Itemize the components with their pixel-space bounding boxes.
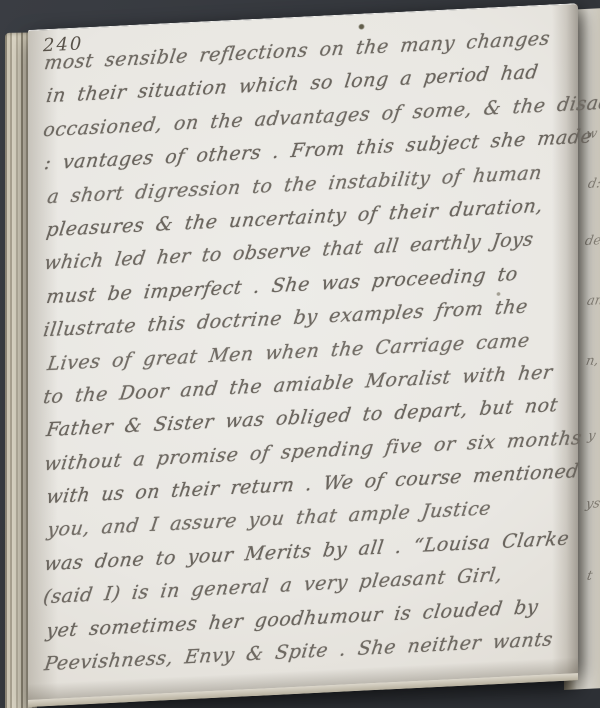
edge-fragment: an (586, 293, 600, 309)
edge-fragment: n, (585, 353, 600, 369)
edge-fragment: t (586, 569, 594, 584)
manuscript-photo: w d: de an n, y ys t 240 most sensible r… (0, 0, 600, 708)
manuscript-text: most sensible reflections on the many ch… (41, 21, 574, 681)
manuscript-page: 240 most sensible reflections on the man… (28, 3, 578, 707)
edge-fragment: y (587, 428, 597, 443)
edge-fragment: ys (585, 496, 600, 512)
ink-speck (358, 24, 365, 30)
edge-fragment: d: (587, 176, 600, 192)
edge-fragment: de (584, 233, 600, 249)
